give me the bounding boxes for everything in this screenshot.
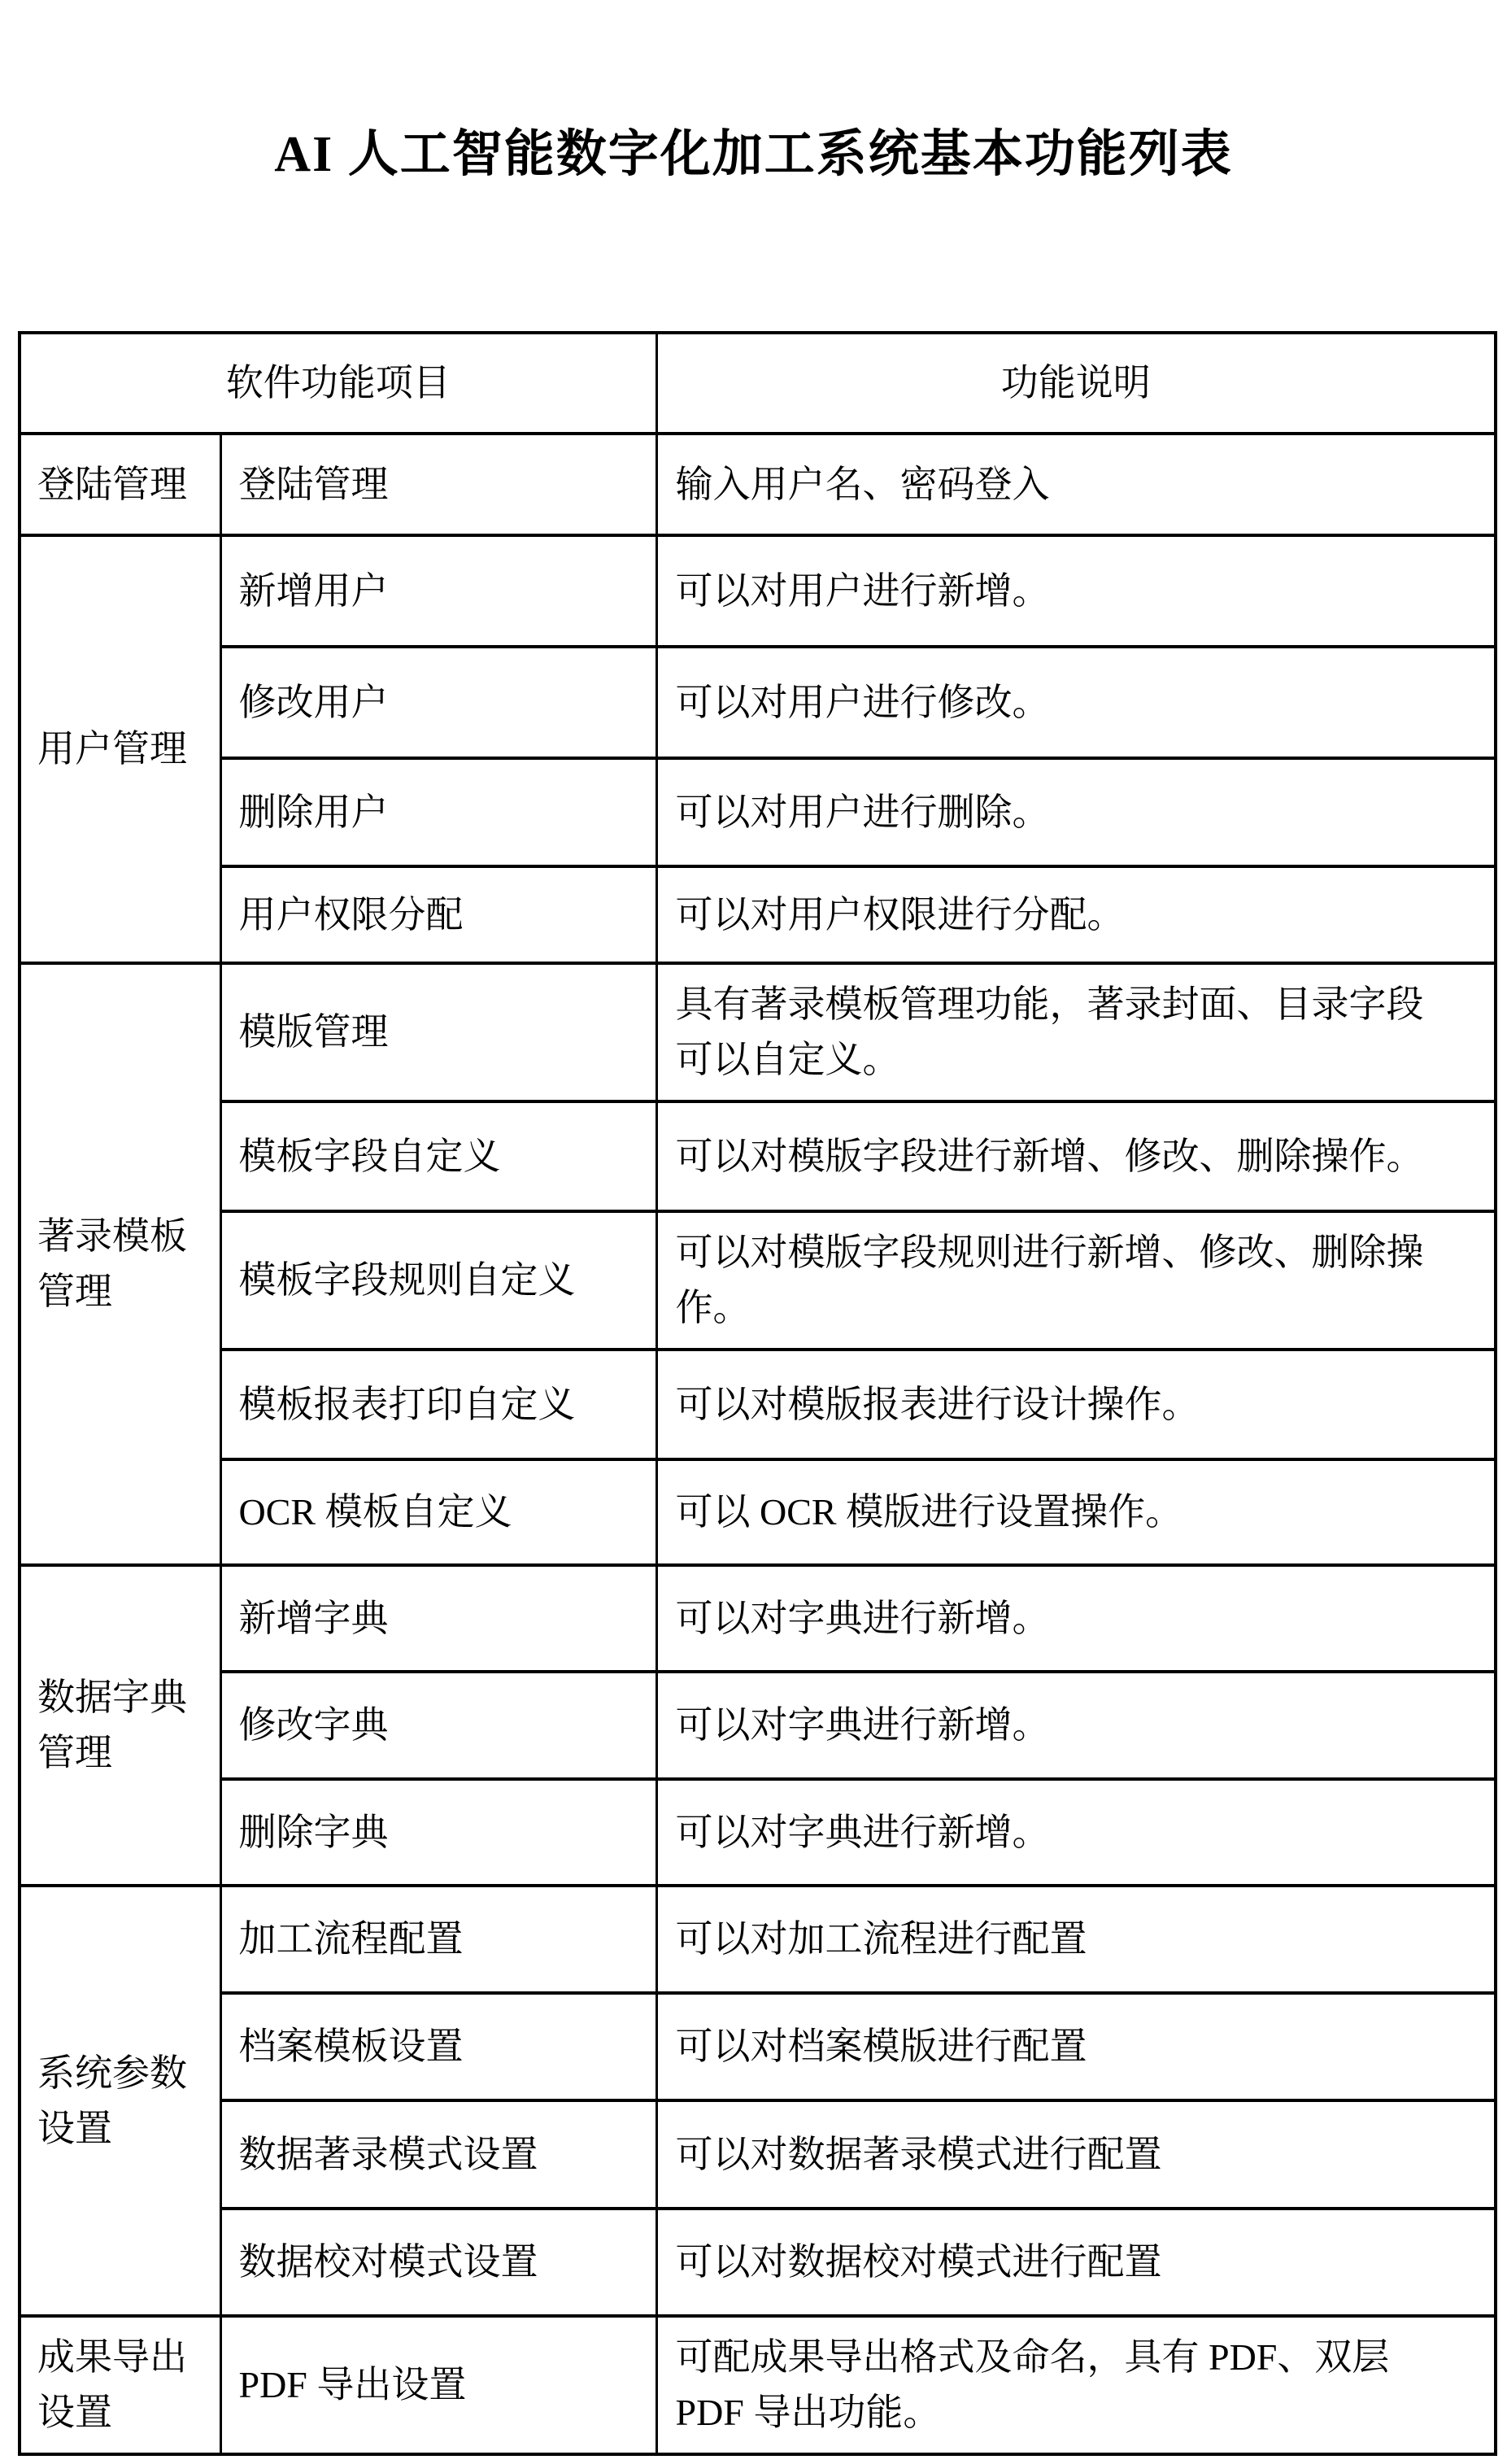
item-cell: OCR 模板自定义 xyxy=(220,1459,656,1565)
group-cell: 著录模板 管理 xyxy=(20,963,220,1565)
desc-cell: 可以对字典进行新增。 xyxy=(656,1672,1496,1779)
group-cell: 成果导出 设置 xyxy=(20,2316,220,2454)
desc-cell: 可以对模版字段进行新增、修改、删除操作。 xyxy=(656,1101,1496,1211)
desc-cell: 具有著录模板管理功能，著录封面、目录字段 可以自定义。 xyxy=(656,963,1496,1101)
item-cell: 修改用户 xyxy=(220,647,656,758)
desc-cell: 可以对用户进行修改。 xyxy=(656,647,1496,758)
item-cell: 模板字段自定义 xyxy=(220,1101,656,1211)
table-row: 系统参数 设置加工流程配置可以对加工流程进行配置 xyxy=(20,1886,1496,1993)
group-cell: 系统参数 设置 xyxy=(20,1886,220,2316)
group-cell: 数据字典 管理 xyxy=(20,1565,220,1886)
table-row: 成果导出 设置PDF 导出设置可配成果导出格式及命名，具有 PDF、双层 PDF… xyxy=(20,2316,1496,2454)
item-cell: 模板字段规则自定义 xyxy=(220,1211,656,1350)
desc-cell: 可以对加工流程进行配置 xyxy=(656,1886,1496,1993)
item-cell: 模板报表打印自定义 xyxy=(220,1350,656,1459)
function-table: 软件功能项目 功能说明 登陆管理登陆管理输入用户名、密码登入用户管理新增用户可以… xyxy=(18,331,1497,2456)
document-page: AI 人工智能数字化加工系统基本功能列表 软件功能项目 功能说明 登陆管理登陆管… xyxy=(0,0,1507,2464)
table-row: 模板报表打印自定义可以对模版报表进行设计操作。 xyxy=(20,1350,1496,1459)
desc-cell: 可以对数据校对模式进行配置 xyxy=(656,2209,1496,2316)
table-row: 删除用户可以对用户进行删除。 xyxy=(20,758,1496,866)
table-row: 数据字典 管理新增字典可以对字典进行新增。 xyxy=(20,1565,1496,1672)
desc-cell: 可以对档案模版进行配置 xyxy=(656,1993,1496,2100)
header-row: 软件功能项目 功能说明 xyxy=(20,333,1496,434)
desc-cell: 可以对数据著录模式进行配置 xyxy=(656,2100,1496,2209)
header-software-items-cell: 软件功能项目 xyxy=(20,333,656,434)
table-row: 模板字段自定义可以对模版字段进行新增、修改、删除操作。 xyxy=(20,1101,1496,1211)
item-cell: 登陆管理 xyxy=(220,434,656,535)
item-cell: 新增字典 xyxy=(220,1565,656,1672)
desc-cell: 可以对用户进行删除。 xyxy=(656,758,1496,866)
item-cell: 修改字典 xyxy=(220,1672,656,1779)
desc-cell: 可以对字典进行新增。 xyxy=(656,1565,1496,1672)
table-row: 用户管理新增用户可以对用户进行新增。 xyxy=(20,535,1496,647)
page-title: AI 人工智能数字化加工系统基本功能列表 xyxy=(0,0,1507,183)
item-cell: 删除用户 xyxy=(220,758,656,866)
desc-cell: 可以对模版报表进行设计操作。 xyxy=(656,1350,1496,1459)
desc-cell: 可以对用户权限进行分配。 xyxy=(656,866,1496,963)
item-cell: 数据著录模式设置 xyxy=(220,2100,656,2209)
desc-cell: 可以对用户进行新增。 xyxy=(656,535,1496,647)
item-cell: 档案模板设置 xyxy=(220,1993,656,2100)
table-row: 修改用户可以对用户进行修改。 xyxy=(20,647,1496,758)
group-cell: 用户管理 xyxy=(20,535,220,963)
item-cell: 模版管理 xyxy=(220,963,656,1101)
desc-cell: 可配成果导出格式及命名，具有 PDF、双层 PDF 导出功能。 xyxy=(656,2316,1496,2454)
item-cell: 数据校对模式设置 xyxy=(220,2209,656,2316)
table-row: 数据著录模式设置可以对数据著录模式进行配置 xyxy=(20,2100,1496,2209)
desc-cell: 可以 OCR 模版进行设置操作。 xyxy=(656,1459,1496,1565)
table-row: 删除字典可以对字典进行新增。 xyxy=(20,1779,1496,1886)
item-cell: 加工流程配置 xyxy=(220,1886,656,1993)
item-cell: 新增用户 xyxy=(220,535,656,647)
group-cell: 登陆管理 xyxy=(20,434,220,535)
item-cell: PDF 导出设置 xyxy=(220,2316,656,2454)
header-function-desc-cell: 功能说明 xyxy=(656,333,1496,434)
table-row: 修改字典可以对字典进行新增。 xyxy=(20,1672,1496,1779)
item-cell: 用户权限分配 xyxy=(220,866,656,963)
table-row: 著录模板 管理模版管理具有著录模板管理功能，著录封面、目录字段 可以自定义。 xyxy=(20,963,1496,1101)
table-row: 用户权限分配可以对用户权限进行分配。 xyxy=(20,866,1496,963)
table-row: 档案模板设置可以对档案模版进行配置 xyxy=(20,1993,1496,2100)
table-row: 登陆管理登陆管理输入用户名、密码登入 xyxy=(20,434,1496,535)
table-row: OCR 模板自定义可以 OCR 模版进行设置操作。 xyxy=(20,1459,1496,1565)
desc-cell: 输入用户名、密码登入 xyxy=(656,434,1496,535)
item-cell: 删除字典 xyxy=(220,1779,656,1886)
desc-cell: 可以对模版字段规则进行新增、修改、删除操 作。 xyxy=(656,1211,1496,1350)
desc-cell: 可以对字典进行新增。 xyxy=(656,1779,1496,1886)
table-row: 数据校对模式设置可以对数据校对模式进行配置 xyxy=(20,2209,1496,2316)
table-row: 模板字段规则自定义可以对模版字段规则进行新增、修改、删除操 作。 xyxy=(20,1211,1496,1350)
